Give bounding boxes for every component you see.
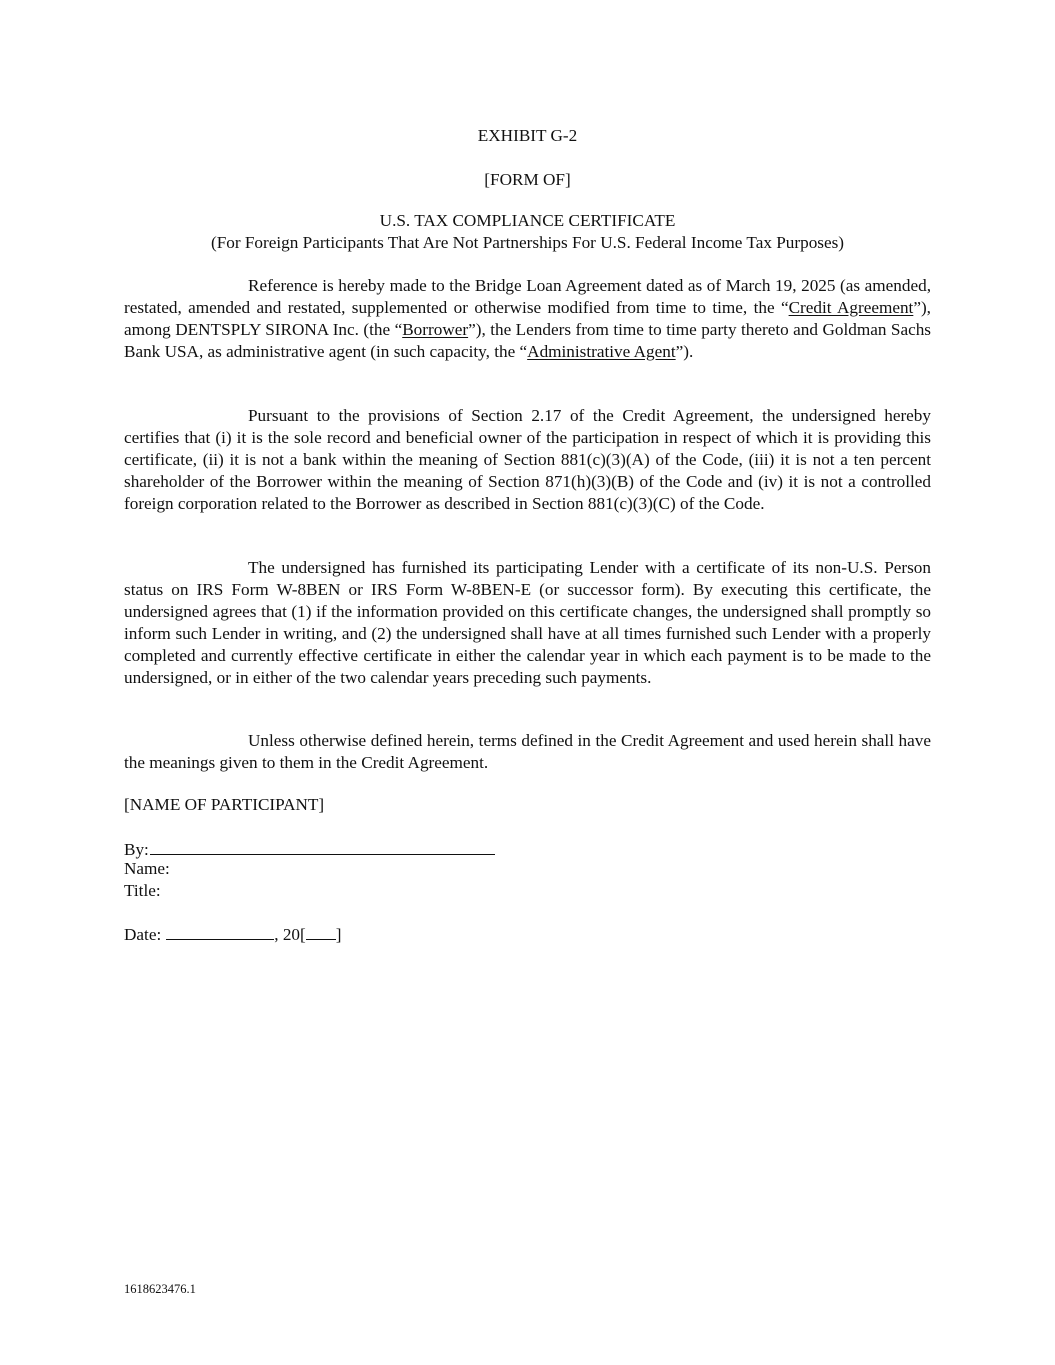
document-page: EXHIBIT G-2 [FORM OF] U.S. TAX COMPLIANC… [0,0,1055,1365]
signature-by-line: By: [124,838,495,861]
signature-title-label: Title: [124,880,161,902]
reference-paragraph: Reference is hereby made to the Bridge L… [124,275,931,363]
defined-term-credit-agreement: Credit Agreement [789,298,914,317]
certification-paragraph: Pursuant to the provisions of Section 2.… [124,405,931,515]
exhibit-heading: EXHIBIT G-2 [124,125,931,147]
text-segment: ”). [676,342,694,361]
certificate-subtitle: (For Foreign Participants That Are Not P… [124,232,931,254]
certificate-title: U.S. TAX COMPLIANCE CERTIFICATE [124,210,931,232]
document-id-footer: 1618623476.1 [124,1282,196,1297]
defined-term-borrower: Borrower [402,320,468,339]
signature-date-line: Date:, 20[] [124,923,341,946]
defined-term-administrative-agent: Administrative Agent [527,342,675,361]
date-year-prefix: , 20[ [274,925,306,944]
date-year-suffix: ] [336,925,342,944]
participant-name-placeholder: [NAME OF PARTICIPANT] [124,794,324,816]
date-label: Date: [124,925,161,944]
definitions-paragraph: Unless otherwise defined herein, terms d… [124,730,931,774]
date-blank[interactable] [166,923,274,940]
by-label: By: [124,840,149,859]
signature-name-label: Name: [124,858,170,880]
signature-blank[interactable] [150,838,495,855]
furnished-certificate-paragraph: The undersigned has furnished its partic… [124,557,931,689]
year-blank[interactable] [306,923,336,940]
form-of-heading: [FORM OF] [124,169,931,191]
